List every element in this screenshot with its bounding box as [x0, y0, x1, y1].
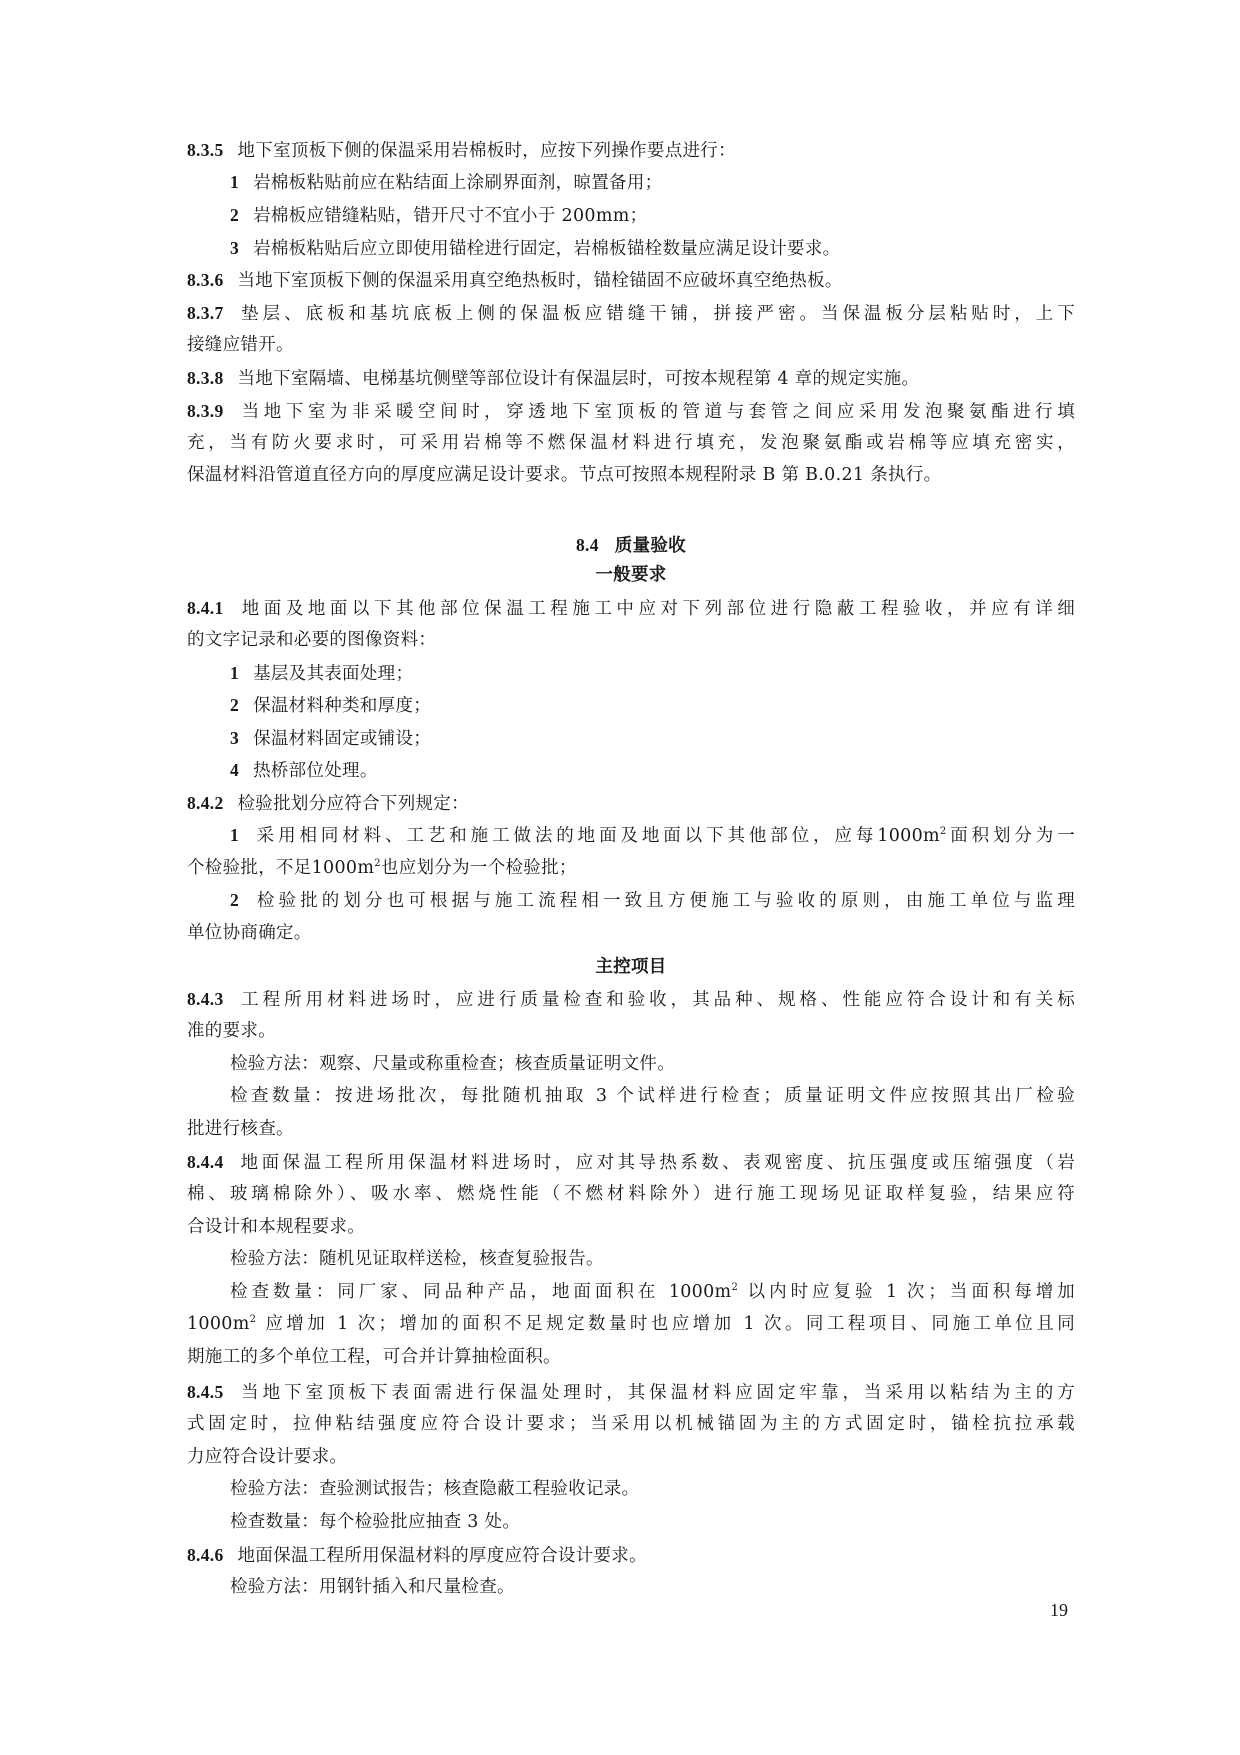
clause-continuation: 接缝应错开。	[187, 333, 1075, 357]
clause-8-4-4: 8.4.4地面保温工程所用保温材料进场时，应对其导热系数、表观密度、抗压强度或压…	[187, 1150, 1075, 1175]
clause-text: 地面及地面以下其他部位保温工程施工中应对下列部位进行隐蔽工程验收，并应有详细	[238, 599, 1076, 619]
clause-8-3-6: 8.3.6当地下室顶板下侧的保温采用真空绝热板时，锚栓锚固不应破坏真空绝热板。	[187, 268, 1075, 293]
inspection-quantity: 检查数量：每个检验批应抽查 3 处。	[230, 1510, 1075, 1534]
subheading-general: 一般要求	[187, 563, 1075, 587]
item-text: 检验批的划分也可根据与施工流程相一致且方便施工与验收的原则，由施工单位与监理	[253, 891, 1075, 911]
clause-8-3-5: 8.3.5地下室顶板下侧的保温采用岩棉板时，应按下列操作要点进行：	[187, 138, 1075, 163]
inspection-method: 检验方法：查验测试报告；核查隐蔽工程验收记录。	[230, 1477, 1075, 1501]
item-number: 1	[230, 663, 239, 683]
clause-8-4-3: 8.4.3工程所用材料进场时，应进行质量检查和验收，其品种、规格、性能应符合设计…	[187, 987, 1075, 1012]
clause-text: 垫层、底板和基坑底板上侧的保温板应错缝干铺，拼接严密。当保温板分层粘贴时，上下	[238, 304, 1076, 324]
item-text: 岩棉板粘贴后应立即使用锚栓进行固定，岩棉板锚栓数量应满足设计要求。	[253, 239, 840, 259]
item-number: 1	[230, 825, 239, 845]
list-item: 1采用相同材料、工艺和施工做法的地面及地面以下其他部位，应每1000m2面积划分…	[230, 823, 1075, 848]
clause-8-3-9: 8.3.9当地下室为非采暖空间时，穿透地下室顶板的管道与套管之间应采用发泡聚氨酯…	[187, 399, 1075, 424]
item-text: 基层及其表面处理；	[253, 664, 413, 684]
inspection-method: 检验方法：随机见证取样送检，核查复验报告。	[230, 1247, 1075, 1271]
page-number: 19	[1050, 1600, 1068, 1621]
item-text: 岩棉板粘贴前应在粘结面上涂刷界面剂，晾置备用；	[253, 173, 662, 193]
item-number: 3	[230, 728, 239, 748]
clause-8-4-6: 8.4.6地面保温工程所用保温材料的厚度应符合设计要求。	[187, 1543, 1075, 1568]
clause-text: 当地下室隔墙、电梯基坑侧壁等部位设计有保温层时，可按本规程第 4 章的规定实施。	[238, 369, 920, 389]
clause-8-4-5: 8.4.5当地下室顶板下表面需进行保温处理时，其保温材料应固定牢靠，当采用以粘结…	[187, 1380, 1075, 1405]
clause-text: 检验批划分应符合下列规定：	[238, 794, 469, 814]
item-number: 2	[230, 205, 239, 225]
clause-continuation: 棉、玻璃棉除外）、吸水率、燃烧性能（不燃材料除外）进行施工现场见证取样复验，结果…	[187, 1182, 1075, 1206]
clause-continuation: 的文字记录和必要的图像资料：	[187, 628, 1075, 652]
clause-number: 8.4.2	[187, 793, 224, 813]
section-number: 8.4	[576, 535, 599, 555]
superscript: 2	[374, 858, 381, 869]
list-item: 2保温材料种类和厚度；	[230, 693, 1075, 718]
clause-number: 8.3.7	[187, 303, 224, 323]
clause-8-4-1: 8.4.1地面及地面以下其他部位保温工程施工中应对下列部位进行隐蔽工程验收，并应…	[187, 596, 1075, 621]
item-number: 1	[230, 172, 239, 192]
clause-continuation: 个检验批，不足1000m2也应划分为一个检验批；	[187, 856, 1075, 880]
clause-continuation: 批进行核查。	[187, 1117, 1075, 1141]
clause-8-3-8: 8.3.8当地下室隔墙、电梯基坑侧壁等部位设计有保温层时，可按本规程第 4 章的…	[187, 366, 1075, 391]
item-text: 保温材料种类和厚度；	[253, 696, 431, 716]
clause-text: 当地下室为非采暖空间时，穿透地下室顶板的管道与套管之间应采用发泡聚氨酯进行填	[238, 402, 1076, 422]
clause-text: 工程所用材料进场时，应进行质量检查和验收，其品种、规格、性能应符合设计和有关标	[238, 990, 1076, 1010]
list-item: 1基层及其表面处理；	[230, 661, 1075, 686]
quantity-text: 应增加 1 次；增加的面积不足规定数量时也应增加 1 次。同工程项目、同施工单位…	[256, 1314, 1075, 1334]
item-text: 面积划分为一	[947, 826, 1075, 846]
clause-continuation: 保温材料沿管道直径方向的厚度应满足设计要求。节点可按照本规程附录 B 第 B.0…	[187, 463, 1075, 487]
list-item: 2岩棉板应错缝粘贴，错开尺寸不宜小于 200mm；	[230, 203, 1075, 228]
item-number: 4	[230, 760, 239, 780]
document-page: 8.3.5地下室顶板下侧的保温采用岩棉板时，应按下列操作要点进行： 1岩棉板粘贴…	[0, 0, 1240, 1755]
superscript: 2	[940, 826, 947, 837]
item-number: 3	[230, 238, 239, 258]
clause-continuation: 期施工的多个单位工程，可合并计算抽检面积。	[187, 1345, 1075, 1369]
clause-text: 当地下室顶板下侧的保温采用真空绝热板时，锚栓锚固不应破坏真空绝热板。	[238, 271, 843, 291]
clause-number: 8.3.5	[187, 140, 224, 160]
list-item: 3保温材料固定或铺设；	[230, 726, 1075, 751]
item-number: 2	[230, 695, 239, 715]
quantity-text: 以内时应复验 1 次；当面积每增加	[738, 1282, 1075, 1302]
section-title: 质量验收	[615, 536, 686, 556]
item-text: 热桥部位处理。	[253, 761, 378, 781]
inspection-quantity: 检查数量：按进场批次，每批随机抽取 3 个试样进行检查；质量证明文件应按照其出厂…	[230, 1084, 1075, 1108]
clause-continuation: 准的要求。	[187, 1019, 1075, 1043]
clause-number: 8.4.3	[187, 989, 224, 1009]
clause-8-3-7: 8.3.7垫层、底板和基坑底板上侧的保温板应错缝干铺，拼接严密。当保温板分层粘贴…	[187, 301, 1075, 326]
list-item: 4热桥部位处理。	[230, 758, 1075, 783]
list-item: 3岩棉板粘贴后应立即使用锚栓进行固定，岩棉板锚栓数量应满足设计要求。	[230, 236, 1075, 261]
clause-number: 8.3.6	[187, 270, 224, 290]
quantity-text: 检查数量：同厂家、同品种产品，地面面积在 1000m	[230, 1282, 731, 1302]
clause-number: 8.4.6	[187, 1545, 224, 1565]
clause-text: 地面保温工程所用保温材料的厚度应符合设计要求。	[238, 1546, 647, 1566]
clause-continuation: 力应符合设计要求。	[187, 1445, 1075, 1469]
clause-number: 8.4.5	[187, 1382, 224, 1402]
clause-text: 地面保温工程所用保温材料进场时，应对其导热系数、表观密度、抗压强度或压缩强度（岩	[238, 1153, 1076, 1173]
quantity-text: 1000m	[187, 1314, 250, 1334]
item-text: 也应划分为一个检验批；	[381, 858, 577, 878]
inspection-method: 检验方法：用钢针插入和尺量检查。	[230, 1575, 1075, 1599]
item-number: 2	[230, 890, 239, 910]
inspection-method: 检验方法：观察、尺量或称重检查；核查质量证明文件。	[230, 1052, 1075, 1076]
list-item: 1岩棉板粘贴前应在粘结面上涂刷界面剂，晾置备用；	[230, 170, 1075, 195]
clause-number: 8.3.8	[187, 368, 224, 388]
clause-8-4-2: 8.4.2检验批划分应符合下列规定：	[187, 791, 1075, 816]
item-text: 采用相同材料、工艺和施工做法的地面及地面以下其他部位，应每1000m	[253, 826, 940, 846]
section-heading: 8.4质量验收	[187, 533, 1075, 558]
item-text: 岩棉板应错缝粘贴，错开尺寸不宜小于 200mm；	[253, 206, 647, 226]
inspection-quantity: 检查数量：同厂家、同品种产品，地面面积在 1000m2 以内时应复验 1 次；当…	[230, 1280, 1075, 1304]
clause-number: 8.3.9	[187, 401, 224, 421]
clause-continuation: 式固定时，拉伸粘结强度应符合设计要求；当采用以机械锚固为主的方式固定时，锚栓抗拉…	[187, 1412, 1075, 1436]
clause-text: 地下室顶板下侧的保温采用岩棉板时，应按下列操作要点进行：	[238, 141, 736, 161]
subheading-main-control: 主控项目	[187, 955, 1075, 979]
item-text: 保温材料固定或铺设；	[253, 729, 431, 749]
clause-number: 8.4.4	[187, 1152, 224, 1172]
clause-text: 当地下室顶板下表面需进行保温处理时，其保温材料应固定牢靠，当采用以粘结为主的方	[238, 1383, 1076, 1403]
clause-number: 8.4.1	[187, 598, 224, 618]
list-item: 2检验批的划分也可根据与施工流程相一致且方便施工与验收的原则，由施工单位与监理	[230, 888, 1075, 913]
clause-continuation: 1000m2 应增加 1 次；增加的面积不足规定数量时也应增加 1 次。同工程项…	[187, 1312, 1075, 1336]
clause-continuation: 充，当有防火要求时，可采用岩棉等不燃保温材料进行填充，发泡聚氨酯或岩棉等应填充密…	[187, 431, 1075, 455]
clause-continuation: 合设计和本规程要求。	[187, 1215, 1075, 1239]
clause-continuation: 单位协商确定。	[187, 921, 1075, 945]
item-text: 个检验批，不足1000m	[187, 858, 374, 878]
